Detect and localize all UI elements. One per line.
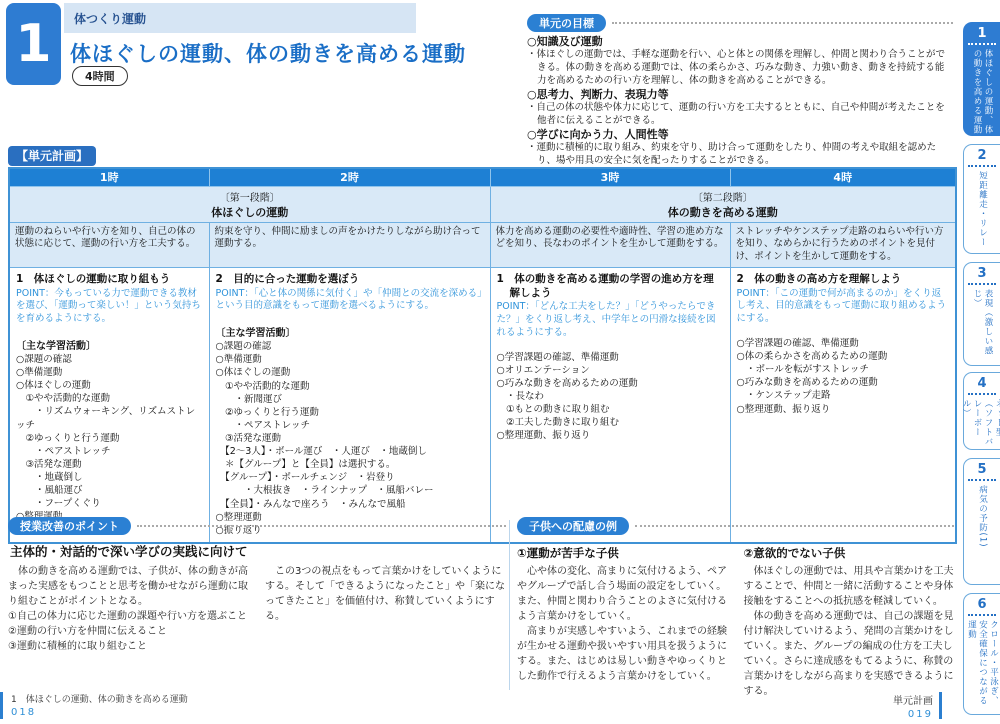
lesson-title: 1 体の動きを高める運動の学習の進め方を理解しよう bbox=[497, 273, 724, 300]
col-header-hour4: 4時 bbox=[730, 168, 956, 186]
side-tab-number: 6 bbox=[968, 594, 995, 616]
aim-hour2: 約束を守り、仲間に励ましの声をかけたりしながら助け合って運動する。 bbox=[209, 222, 490, 267]
lesson-activities: ○課題の確認 ○準備運動 ○体ほぐしの運動 ①やや活動的な運動 ・リズムウォーキ… bbox=[16, 353, 203, 537]
category-banner: 体つくり運動 bbox=[64, 3, 416, 33]
activities-label: 〔主な学習活動〕 bbox=[216, 324, 484, 339]
activities-label: 〔主な学習活動〕 bbox=[16, 337, 203, 352]
side-tab-number: 4 bbox=[968, 373, 995, 395]
improvement-column-2: この3つの視点をもって言葉かけをしていくようにする。そして「できるようになったこ… bbox=[265, 564, 506, 654]
lesson-cell-3: 1 体の動きを高める運動の学習の進め方を理解しよう POINT：「どんな工夫をし… bbox=[490, 267, 730, 542]
lesson-point: POINT：「どんな工夫をした？」「どうやったらできた？」をくり返し考え、中学年… bbox=[497, 301, 724, 339]
stage-2-cell: 〔第二段階〕 体の動きを高める運動 bbox=[490, 186, 956, 222]
page-gutter-divider bbox=[509, 520, 510, 690]
lesson-title: 1 体ほぐしの運動に取り組もう bbox=[16, 273, 203, 287]
consideration-text-1: 心や体の変化、高まりに気付けるよう、ペアやグループで話し合う場面の設定をしていく… bbox=[517, 564, 728, 684]
side-tab-label: 短距離走・リレー bbox=[977, 171, 988, 253]
lesson-point: POINT：今もっている力で運動できる教材を選び、「運動って楽しい！」という気持… bbox=[16, 288, 203, 326]
lesson-point: POINT：「心と体の関係に気付く」や「仲間との交流を深める」という目的意識をも… bbox=[216, 288, 484, 314]
footer-accent-bar bbox=[0, 692, 3, 719]
goal-label: ○思考力、判断力、表現力等 bbox=[527, 88, 953, 102]
side-tab-number: 5 bbox=[968, 459, 995, 481]
improvement-heading: 授業改善のポイント bbox=[8, 517, 131, 535]
stage-1-name: 体ほぐしの運動 bbox=[10, 204, 490, 220]
aim-hour1: 運動のねらいや行い方を知り、自己の体の状態に応じて、運動の行い方を工夫する。 bbox=[9, 222, 209, 267]
lesson-cell-2: 2 目的に合った運動を選ぼう POINT：「心と体の関係に気付く」や「仲間との交… bbox=[209, 267, 490, 542]
page-number-left: 018 bbox=[11, 707, 188, 718]
child-consideration-section: 子供への配慮の例 ①運動が苦手な子供 心や体の変化、高まりに気付けるよう、ペアや… bbox=[517, 517, 954, 699]
dotted-rule bbox=[137, 525, 506, 527]
consideration-title-1: ①運動が苦手な子供 bbox=[517, 545, 728, 561]
lesson-activities: ○課題の確認 ○準備運動 ○体ほぐしの運動 ①やや活動的な運動 ・新聞運び ②ゆ… bbox=[216, 340, 484, 537]
footer-section-title: 単元計画 bbox=[893, 692, 933, 707]
lesson-cell-1: 1 体ほぐしの運動に取り組もう POINT：今もっている力で運動できる教材を選び… bbox=[9, 267, 209, 542]
textbook-spread: 1 体つくり運動 体ほぐしの運動、体の動きを高める運動 4時間 単元の目標 ○知… bbox=[0, 0, 1000, 724]
col-header-hour2: 2時 bbox=[209, 168, 490, 186]
plan-header-row: 1時 2時 3時 4時 bbox=[9, 168, 956, 186]
side-tab-4[interactable]: 4 ネット型（ソフトバレーボール） bbox=[963, 372, 1000, 450]
lesson-activities: ○学習課題の確認、準備運動 ○体の柔らかさを高めるための運動 ・ボールを転がすス… bbox=[737, 337, 950, 416]
hours-badge: 4時間 bbox=[72, 66, 128, 86]
side-tab-label: 病気の予防(1) bbox=[977, 485, 988, 584]
side-tab-label: クロール・平泳ぎ、安全確保につながる運動 bbox=[966, 620, 999, 714]
consideration-text-2: 体ほぐしの運動では、用具や言葉かけを工夫することで、仲間と一緒に活動することや身… bbox=[744, 564, 955, 699]
side-tab-label: 表現（激しい感じ） bbox=[971, 289, 993, 365]
side-tab-3[interactable]: 3 表現（激しい感じ） bbox=[963, 262, 1000, 366]
goal-label: ○知識及び運動 bbox=[527, 35, 953, 49]
side-tab-5[interactable]: 5 病気の予防(1) bbox=[963, 458, 1000, 585]
footer-left: 1 体ほぐしの運動、体の動きを高める運動 018 bbox=[0, 692, 188, 719]
stage-2-name: 体の動きを高める運動 bbox=[491, 204, 956, 220]
dotted-rule bbox=[612, 22, 953, 24]
page-number-right: 019 bbox=[893, 709, 933, 720]
lesson-cell-4: 2 体の動きの高め方を理解しよう POINT：「この運動で何が高まるのか」をくり… bbox=[730, 267, 956, 542]
goal-text: ・運動に積極的に取り組み、約束を守り、助け合って運動をしたり、仲間の考えや取組を… bbox=[527, 142, 953, 168]
unit-goals-heading: 単元の目標 bbox=[527, 14, 606, 32]
unit-goals-section: 単元の目標 ○知識及び運動 ・体ほぐしの運動では、手軽な運動を行い、心と体との関… bbox=[527, 14, 953, 168]
goal-label: ○学びに向かう力、人間性等 bbox=[527, 128, 953, 142]
lesson-point: POINT：「この運動で何が高まるのか」をくり返し考え、目的意識をもって運動に取… bbox=[737, 288, 950, 326]
lesson-activities: ○学習課題の確認、準備運動 ○オリエンテーション ○巧みな動きを高めるための運動… bbox=[497, 351, 724, 443]
improvement-subheading: 主体的・対話的で深い学びの実践に向けて bbox=[10, 542, 506, 560]
footer-accent-bar bbox=[939, 692, 942, 719]
page-title: 体ほぐしの運動、体の動きを高める運動 bbox=[70, 38, 466, 68]
unit-plan-heading: 【単元計画】 bbox=[8, 146, 96, 166]
lesson-improvement-section: 授業改善のポイント 主体的・対話的で深い学びの実践に向けて 体の動きを高める運動… bbox=[8, 517, 506, 654]
side-tab-1[interactable]: 1 体ほぐしの運動、体の動きを高める運動 bbox=[963, 22, 1000, 136]
aim-hour4: ストレッチやケンステップ走路のねらいや行い方を知り、なめらかに行うためのポイント… bbox=[730, 222, 956, 267]
consideration-title-2: ②意欲的でない子供 bbox=[744, 545, 955, 561]
lesson-title: 2 目的に合った運動を選ぼう bbox=[216, 273, 484, 287]
side-tab-label: ネット型（ソフトバレーボール） bbox=[960, 399, 1000, 449]
stage-1-label: 〔第一段階〕 bbox=[10, 189, 490, 204]
plan-content-row: 1 体ほぐしの運動に取り組もう POINT：今もっている力で運動できる教材を選び… bbox=[9, 267, 956, 542]
col-header-hour3: 3時 bbox=[490, 168, 730, 186]
unit-plan-table: 1時 2時 3時 4時 〔第一段階〕 体ほぐしの運動 〔第二段階〕 体の動きを高… bbox=[8, 167, 957, 544]
goal-text: ・自己の体の状態や体力に応じて、運動の行い方を工夫するとともに、自己や仲間が考え… bbox=[527, 102, 953, 128]
footer-chapter-title: 1 体ほぐしの運動、体の動きを高める運動 bbox=[11, 692, 188, 705]
stage-2-label: 〔第二段階〕 bbox=[491, 189, 956, 204]
side-tab-number: 3 bbox=[968, 263, 995, 285]
side-tab-6[interactable]: 6 クロール・平泳ぎ、安全確保につながる運動 bbox=[963, 593, 1000, 715]
lesson-title: 2 体の動きの高め方を理解しよう bbox=[737, 273, 950, 287]
stage-1-cell: 〔第一段階〕 体ほぐしの運動 bbox=[9, 186, 490, 222]
side-tab-number: 2 bbox=[968, 145, 995, 167]
plan-stage-row: 〔第一段階〕 体ほぐしの運動 〔第二段階〕 体の動きを高める運動 bbox=[9, 186, 956, 222]
side-tab-2[interactable]: 2 短距離走・リレー bbox=[963, 144, 1000, 254]
side-tab-number: 1 bbox=[968, 23, 995, 45]
footer-right: 単元計画 019 bbox=[893, 692, 942, 720]
col-header-hour1: 1時 bbox=[9, 168, 209, 186]
category-label: 体つくり運動 bbox=[74, 10, 146, 27]
goal-text: ・体ほぐしの運動では、手軽な運動を行い、心と体との関係を理解し、仲間と関わり合う… bbox=[527, 49, 953, 87]
plan-aim-row: 運動のねらいや行い方を知り、自己の体の状態に応じて、運動の行い方を工夫する。 約… bbox=[9, 222, 956, 267]
aim-hour3: 体力を高める運動の必要性や適時性、学習の進め方などを知り、長なわのポイントを生か… bbox=[490, 222, 730, 267]
dotted-rule bbox=[635, 525, 954, 527]
unit-number-block: 1 bbox=[6, 3, 61, 85]
side-tab-label: 体ほぐしの運動、体の動きを高める運動 bbox=[971, 49, 993, 135]
improvement-column-1: 体の動きを高める運動では、子供が、体の動きが高まった実感をもつことと思考を働かせ… bbox=[8, 564, 249, 654]
consideration-heading: 子供への配慮の例 bbox=[517, 517, 629, 535]
